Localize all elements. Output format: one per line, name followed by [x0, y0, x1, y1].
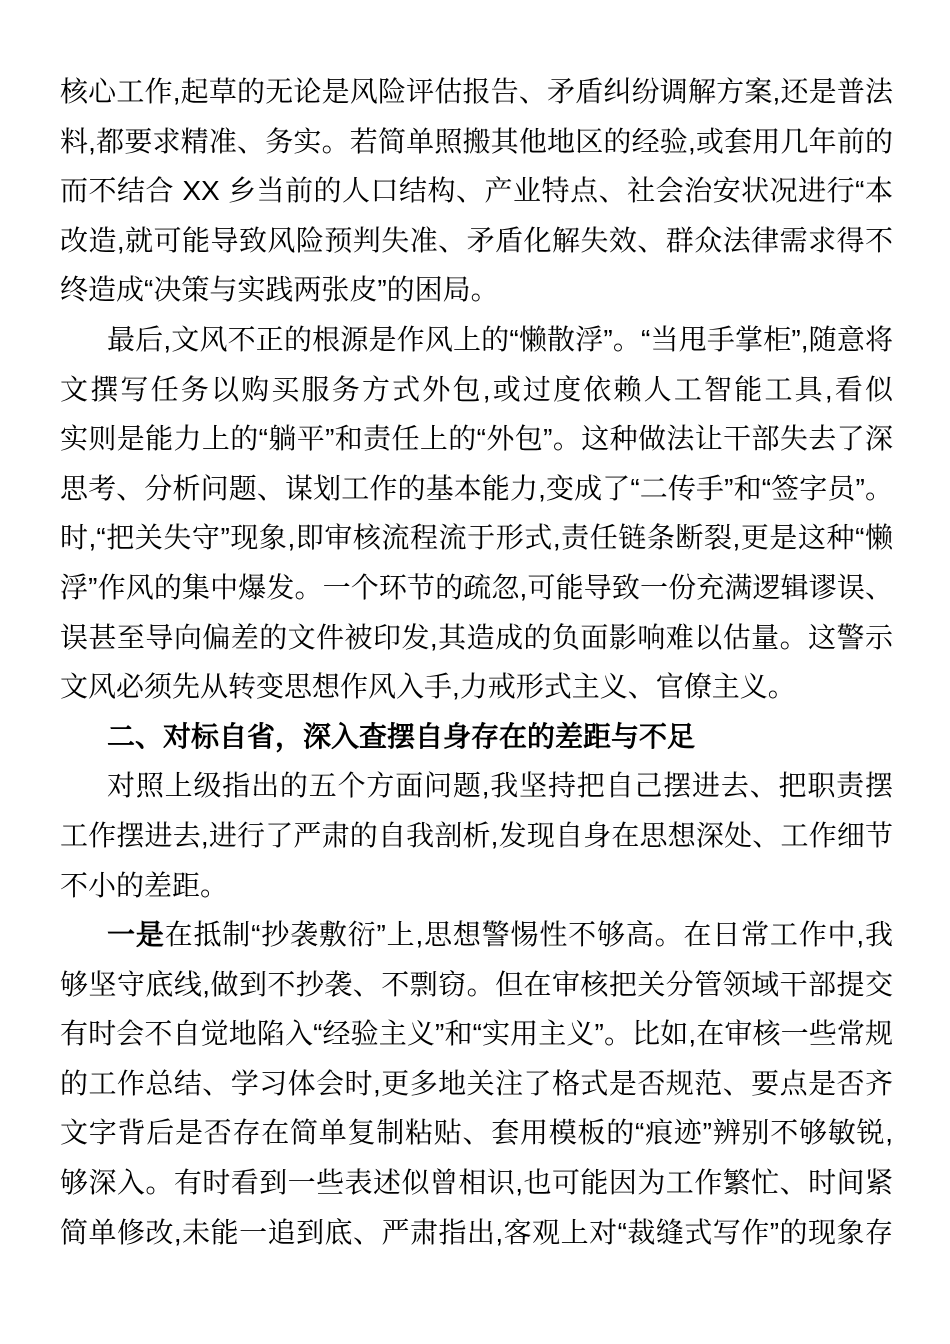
text-line: 文字背后是否存在简单复制粘贴、套用模板的“痕迹”辨别不够敏锐,挖掘不 — [60, 1108, 893, 1158]
paragraph-lazy-workstyle-root-cause: 最后,文风不正的根源是作风上的“懒散浮”。“当甩手掌柜”,随意将公文撰写任务以购… — [60, 315, 893, 712]
text-line: 简单修改,未能一追到底、严肃指出,客观上对“裁缝式写作”的现象存在一定 — [60, 1208, 893, 1258]
text-line: 终造成“决策与实践两张皮”的困局。 — [60, 265, 893, 315]
text-line: 够深入。有时看到一些表述似曾相识,也可能因为工作繁忙、时间紧迫,只作了 — [60, 1158, 893, 1208]
text-line: 料,都要求精准、务实。若简单照搬其他地区的经验,或套用几年前的旧模板, — [60, 117, 893, 167]
text-line: 的工作总结、学习体会时,更多地关注了格式是否规范、要点是否齐全,而对于 — [60, 1059, 893, 1109]
text-line: 改造,就可能导致风险预判失准、矛盾化解失效、群众法律需求得不到满足,最 — [60, 216, 893, 266]
text-line: 工作摆进去,进行了严肃的自我剖析,发现自身在思想深处、工作细节上仍存在 — [60, 811, 893, 861]
text-line: 思考、分析问题、谋划工作的基本能力,变成了“二传手”和“签字员”。同 — [60, 464, 893, 514]
text-line: 有时会不自觉地陷入“经验主义”和“实用主义”。比如,在审核一些常规性 — [60, 1009, 893, 1059]
text-line: 而不结合 XX 乡当前的人口结构、产业特点、社会治安状况进行“本地化” — [60, 166, 893, 216]
text-line: 最后,文风不正的根源是作风上的“懒散浮”。“当甩手掌柜”,随意将公 — [60, 315, 893, 365]
text-line: 浮”作风的集中爆发。一个环节的疏忽,可能导致一份充满逻辑谬误、事实错 — [60, 563, 893, 613]
text-line: 对照上级指出的五个方面问题,我坚持把自己摆进去、把职责摆进去、把 — [60, 761, 893, 811]
text-line: 二、对标自省，深入查摆自身存在的差距与不足 — [60, 712, 893, 762]
paragraph-self-examination-intro: 对照上级指出的五个方面问题,我坚持把自己摆进去、把职责摆进去、把工作摆进去,进行… — [60, 761, 893, 910]
lead-emphasis: 一是 — [107, 919, 165, 950]
text-line: 核心工作,起草的无论是风险评估报告、矛盾纠纷调解方案,还是普法宣传材 — [60, 67, 893, 117]
text-line: 一是在抵制“抄袭敷衍”上,思想警惕性不够高。在日常工作中,我本人能 — [60, 910, 893, 960]
text-line: 误甚至导向偏差的文件被印发,其造成的负面影响难以估量。这警示我们,改进 — [60, 613, 893, 663]
text-line: 文撰写任务以购买服务方式外包,或过度依赖人工智能工具,看似是“高效”, — [60, 365, 893, 415]
document-page: 核心工作,起草的无论是风险评估报告、矛盾纠纷调解方案,还是普法宣传材料,都要求精… — [0, 0, 950, 1344]
text-line: 够坚守底线,做到不抄袭、不剽窃。但在审核把关分管领域干部提交的材料时, — [60, 960, 893, 1010]
text-line: 时,“把关失守”现象,即审核流程流于形式,责任链条断裂,更是这种“懒散 — [60, 513, 893, 563]
paragraph-issue-one-plagiarism-vigilance: 一是在抵制“抄袭敷衍”上,思想警惕性不够高。在日常工作中,我本人能够坚守底线,做… — [60, 910, 893, 1257]
text-line: 不小的差距。 — [60, 861, 893, 911]
text-line: 实则是能力上的“躺平”和责任上的“外包”。这种做法让干部失去了深入 — [60, 414, 893, 464]
section-heading-2: 二、对标自省，深入查摆自身存在的差距与不足 — [60, 712, 893, 762]
text-line: 文风必须先从转变思想作风入手,力戒形式主义、官僚主义。 — [60, 662, 893, 712]
paragraph-continued-from-previous-page: 核心工作,起草的无论是风险评估报告、矛盾纠纷调解方案,还是普法宣传材料,都要求精… — [60, 67, 893, 315]
document-body: 核心工作,起草的无论是风险评估报告、矛盾纠纷调解方案,还是普法宣传材料,都要求精… — [60, 67, 893, 1257]
